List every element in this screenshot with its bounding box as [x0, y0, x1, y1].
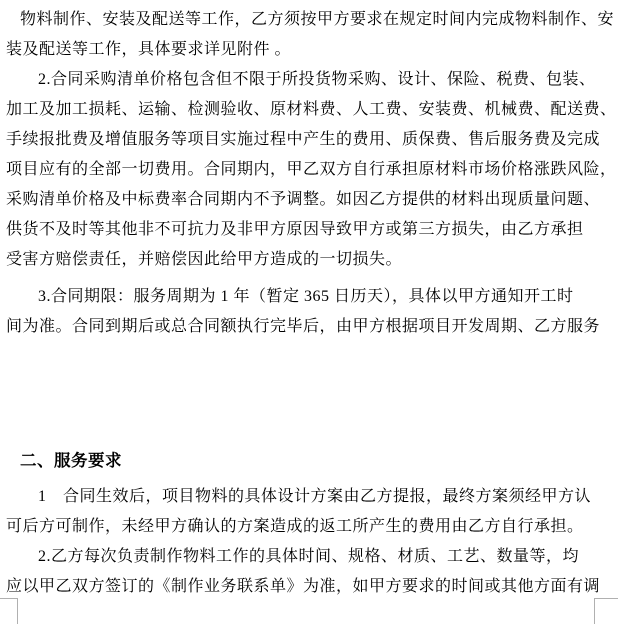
body-text-line: 1 合同生效后，项目物料的具体设计方案由乙方提报，最终方案须经甲方认: [0, 482, 620, 512]
body-text-line: 质量等情况，决定是否续签下一年度合同，最多续签 1次，总合同期共计不得: [0, 342, 620, 372]
body-text-line: 装及配送等工作，具体要求详见附件 。: [0, 35, 620, 65]
body-text-line: 受害方赔偿责任，并赔偿因此给甲方造成的一切损失。: [0, 245, 620, 275]
body-text-line: 间为准。合同到期后或总合同额执行完毕后，由甲方根据项目开发周期、乙方服务: [0, 312, 620, 342]
page-margin-crop-mark-left-vertical: [17, 598, 18, 624]
section-heading: 二、服务要求: [0, 446, 620, 476]
body-text-line: 暂按__万元/年。: [0, 402, 620, 432]
body-text-line: 3.合同期限：服务周期为 1 年（暂定 365 日历天），具体以甲方通知开工时: [0, 282, 620, 312]
body-text-line: 2.乙方每次负责制作物料工作的具体时间、规格、材质、工艺、数量等，均: [0, 542, 620, 572]
body-text-line: 加工及加工损耗、运输、检测验收、原材料费、人工费、安装费、机械费、配送费、: [0, 95, 620, 125]
body-text-line: 项目应有的全部一切费用。合同期内，甲乙双方自行承担原材料市场价格涨跌风险，: [0, 155, 620, 185]
body-text-line: 超过 2 年，续签的合同执行原合同采购清单价格及中标费率，续签合同暂定总价: [0, 372, 620, 402]
body-text-line: 可后方可制作，未经甲方确认的方案造成的返工所产生的费用由乙方自行承担。: [0, 512, 620, 542]
page-margin-crop-mark-right-horizontal: [594, 598, 618, 599]
body-text-line: 手续报批费及增值服务等项目实施过程中产生的费用、质保费、售后服务费及完成: [0, 125, 620, 155]
body-text-line: 供货不及时等其他非不可抗力及非甲方原因导致甲方或第三方损失，由乙方承担: [0, 215, 620, 245]
body-text-line: 物料制作、安装及配送等工作，乙方须按甲方要求在规定时间内完成物料制作、安: [0, 5, 620, 35]
contract-document-page: 物料制作、安装及配送等工作，乙方须按甲方要求在规定时间内完成物料制作、安 装及配…: [0, 0, 620, 624]
body-text-line: 采购清单价格及中标费率合同期内不予调整。如因乙方提供的材料出现质量问题、: [0, 185, 620, 215]
page-margin-crop-mark-left-horizontal: [0, 598, 18, 599]
text-body: 物料制作、安装及配送等工作，乙方须按甲方要求在规定时间内完成物料制作、安 装及配…: [0, 0, 620, 602]
body-text-line: 应以甲乙双方签订的《制作业务联系单》为准，如甲方要求的时间或其他方面有调: [0, 572, 620, 602]
body-text-line: 2.合同采购清单价格包含但不限于所投货物采购、设计、保险、税费、包装、: [0, 65, 620, 95]
page-margin-crop-mark-right-vertical: [594, 598, 595, 624]
